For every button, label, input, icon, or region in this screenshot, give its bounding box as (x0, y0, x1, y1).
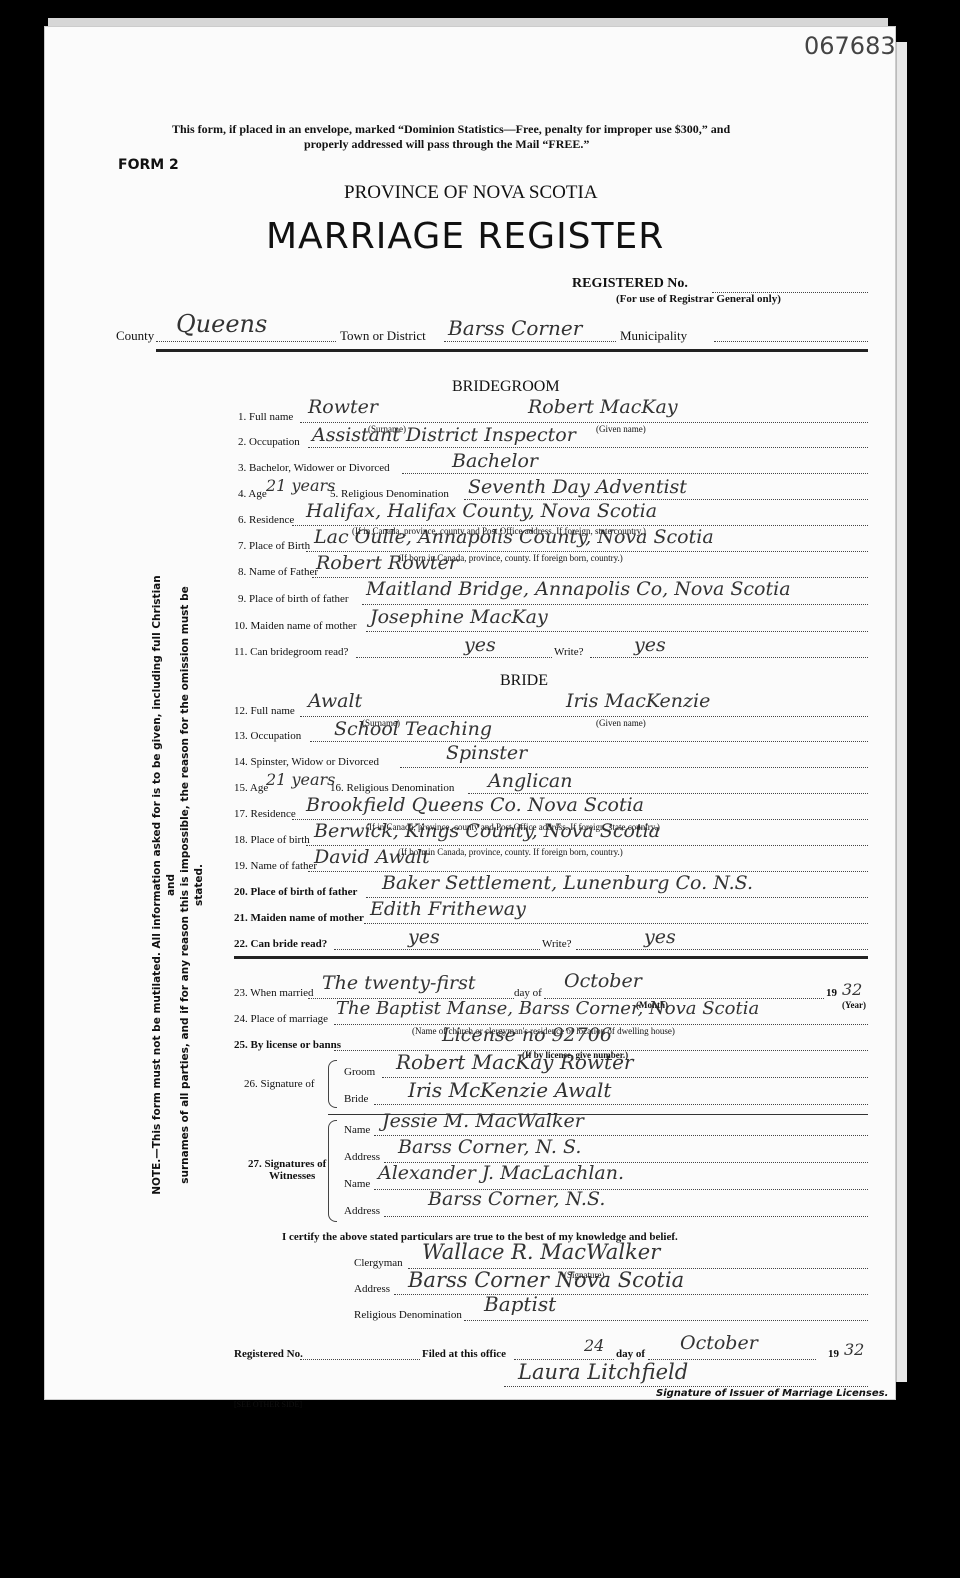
bride-write-label: Write? (542, 938, 571, 950)
groom-write-label: Write? (554, 646, 583, 658)
divider (156, 349, 868, 352)
line (308, 447, 868, 448)
county-label: County (116, 328, 154, 344)
paper-right-edge (896, 42, 907, 1382)
groom-full-name-label: 1. Full name (238, 411, 293, 423)
line (356, 657, 552, 658)
bride-can-read[interactable]: yes (408, 926, 440, 948)
bride-read-label: 22. Can bride read? (234, 938, 327, 950)
bride-father-birthplace[interactable]: Baker Settlement, Lunenburg Co. N.S. (382, 872, 753, 894)
clergy-address[interactable]: Barss Corner Nova Scotia (408, 1268, 684, 1292)
groom-birthplace-label: 7. Place of Birth (238, 540, 310, 552)
postal-notice-line1: This form, if placed in an envelope, mar… (172, 122, 730, 137)
witness-label: 27. Signatures of Witnesses (248, 1158, 326, 1182)
line (394, 1294, 868, 1295)
groom-birthplace[interactable]: Lac Oulle, Annapolis County, Nova Scotia (314, 526, 714, 548)
groom-signature[interactable]: Robert MacKay Rowter (396, 1050, 633, 1074)
bride-mother[interactable]: Edith Fritheway (370, 898, 526, 920)
line (362, 604, 868, 605)
groom-occupation-label: 2. Occupation (238, 436, 300, 448)
town-line (444, 341, 616, 342)
bride-residence-label: 17. Residence (234, 808, 296, 820)
year-caption: (Year) (842, 1000, 866, 1010)
see-other-side: [SEE OTHER SIDE] (234, 1400, 302, 1409)
groom-surname[interactable]: Rowter (308, 396, 378, 418)
bride-father-birthplace-label: 20. Place of birth of father (234, 886, 357, 898)
groom-can-read[interactable]: yes (464, 634, 496, 656)
witness1-address-label: Address (344, 1151, 380, 1163)
year-prefix: 19 (826, 987, 837, 999)
witness2-address[interactable]: Barss Corner, N.S. (428, 1188, 605, 1210)
filed-year-prefix: 19 (828, 1348, 839, 1360)
groom-can-write[interactable]: yes (634, 634, 666, 656)
registered-no-footer-label: Registered No. (234, 1348, 303, 1360)
bride-religion[interactable]: Anglican (488, 770, 572, 792)
groom-given-name[interactable]: Robert MacKay (528, 396, 678, 418)
bride-occupation-label: 13. Occupation (234, 730, 301, 742)
municipality-field[interactable] (714, 341, 868, 342)
place-label: 24. Place of marriage (234, 1013, 328, 1025)
bride-birthplace-label: 18. Place of birth (234, 834, 310, 846)
registered-no-footer-field[interactable] (300, 1359, 420, 1360)
signature-brace (328, 1060, 337, 1108)
registered-no-note: (For use of Registrar General only) (616, 293, 781, 305)
groom-residence[interactable]: Halifax, Halifax County, Nova Scotia (306, 500, 657, 522)
bride-can-write[interactable]: yes (644, 926, 676, 948)
witness-brace (328, 1120, 337, 1222)
bride-signature[interactable]: Iris McKenzie Awalt (408, 1078, 611, 1102)
line (366, 631, 868, 632)
bride-religion-label: 16. Religious Denomination (330, 782, 454, 794)
witness-label-line1: 27. Signatures of (248, 1158, 326, 1170)
filed-year[interactable]: 32 (844, 1340, 864, 1359)
archive-number: 067683 (804, 32, 896, 60)
bride-mother-label: 21. Maiden name of mother (234, 912, 364, 924)
clergyman-signature[interactable]: Wallace R. MacWalker (422, 1240, 660, 1264)
groom-read-label: 11. Can bridegroom read? (234, 646, 348, 658)
given-name-caption: (Given name) (596, 718, 646, 728)
clergy-denomination-label: Religious Denomination (354, 1309, 462, 1321)
witness1-address[interactable]: Barss Corner, N. S. (398, 1136, 581, 1158)
clergy-address-label: Address (354, 1283, 390, 1295)
groom-mother[interactable]: Josephine MacKay (370, 606, 548, 628)
bride-given-name[interactable]: Iris MacKenzie (566, 690, 710, 712)
filed-day[interactable]: 24 (584, 1336, 604, 1355)
line (464, 1320, 868, 1321)
town-label: Town or District (340, 328, 426, 344)
groom-status-label: 3. Bachelor, Widower or Divorced (238, 462, 390, 474)
bride-heading: BRIDE (500, 672, 548, 690)
signature-of-label: 26. Signature of (244, 1078, 315, 1090)
marriage-place[interactable]: The Baptist Manse, Barss Corner, Nova Sc… (336, 998, 759, 1019)
clergy-denomination[interactable]: Baptist (484, 1292, 556, 1316)
witness1-name-label: Name (344, 1124, 370, 1136)
line (400, 767, 868, 768)
bridegroom-heading: BRIDEGROOM (452, 378, 560, 396)
bride-status-label: 14. Spinster, Widow or Divorced (234, 756, 379, 768)
license-number[interactable]: License no 92706 (442, 1024, 612, 1046)
groom-age-label: 4. Age (238, 488, 267, 500)
groom-occupation[interactable]: Assistant District Inspector (312, 424, 576, 446)
married-month[interactable]: October (564, 970, 642, 992)
married-year[interactable]: 32 (842, 980, 862, 999)
line (364, 923, 868, 924)
groom-father-label: 8. Name of Father (238, 566, 318, 578)
line (402, 473, 868, 474)
groom-father-birthplace[interactable]: Maitland Bridge, Annapolis Co, Nova Scot… (366, 578, 791, 600)
witness2-address-label: Address (344, 1205, 380, 1217)
line (300, 716, 868, 717)
groom-religion-label: 5. Religious Denomination (330, 488, 449, 500)
line (374, 1104, 868, 1105)
when-married-label: 23. When married (234, 987, 314, 999)
county-line (156, 341, 336, 342)
bride-status[interactable]: Spinster (446, 742, 527, 764)
license-label: 25. By license or banns (234, 1039, 341, 1051)
side-note-line2: surnames of all parties, and if for any … (178, 575, 206, 1195)
bride-occupation[interactable]: School Teaching (334, 718, 492, 740)
bride-surname[interactable]: Awalt (308, 690, 362, 712)
issuer-caption: Signature of Issuer of Marriage Licenses… (656, 1388, 888, 1399)
line (590, 657, 868, 658)
line (334, 949, 540, 950)
bride-age[interactable]: 21 years (266, 770, 335, 789)
divider (234, 956, 868, 959)
married-day[interactable]: The twenty-first (322, 972, 476, 994)
clergyman-label: Clergyman (354, 1257, 403, 1269)
bride-age-label: 15. Age (234, 782, 268, 794)
municipality-label: Municipality (620, 328, 687, 344)
side-note-line1: NOTE.—This form must not be mutilated. A… (150, 575, 178, 1195)
given-name-caption: (Given name) (596, 424, 646, 434)
province-heading: PROVINCE OF NOVA SCOTIA (344, 182, 598, 204)
groom-religion[interactable]: Seventh Day Adventist (468, 476, 687, 498)
groom-father[interactable]: Robert Rowter (316, 552, 458, 574)
postal-notice-line2: properly addressed will pass through the… (304, 137, 589, 152)
bride-residence[interactable]: Brookfield Queens Co. Nova Scotia (306, 794, 644, 816)
witness-label-line2: Witnesses (248, 1170, 326, 1182)
groom-signature-label: Groom (344, 1066, 375, 1078)
bride-father-label: 19. Name of father (234, 860, 317, 872)
line (310, 741, 868, 742)
witness1-name[interactable]: Jessie M. MacWalker (382, 1110, 584, 1132)
page-title: MARRIAGE REGISTER (266, 216, 664, 257)
line (576, 949, 868, 950)
town-value[interactable]: Barss Corner (448, 316, 582, 340)
line (300, 422, 868, 423)
bride-full-name-label: 12. Full name (234, 705, 295, 717)
form-number: FORM 2 (118, 157, 179, 173)
bride-father[interactable]: David Awalt (314, 846, 430, 868)
filed-label: Filed at this office (422, 1348, 506, 1360)
witness2-name-label: Name (344, 1178, 370, 1190)
bride-signature-label: Bride (344, 1093, 368, 1105)
bride-birthplace[interactable]: Berwick, Kings County, Nova Scotia (314, 820, 660, 842)
witness2-name[interactable]: Alexander J. MacLachlan. (378, 1162, 624, 1184)
line (384, 1216, 868, 1217)
side-note: NOTE.—This form must not be mutilated. A… (150, 575, 206, 1195)
groom-residence-label: 6. Residence (238, 514, 294, 526)
issuer-signature[interactable]: Laura Litchfield (518, 1360, 688, 1384)
filed-day-of-label: day of (616, 1348, 645, 1360)
groom-mother-label: 10. Maiden name of mother (234, 620, 357, 632)
groom-father-birthplace-label: 9. Place of birth of father (238, 593, 349, 605)
registered-no-label: REGISTERED No. (572, 276, 688, 292)
birthplace-caption: (If born in Canada, province, county. If… (398, 847, 623, 857)
line (504, 1386, 868, 1387)
filed-month[interactable]: October (680, 1332, 758, 1354)
groom-status[interactable]: Bachelor (452, 450, 538, 472)
county-value[interactable]: Queens (176, 310, 267, 338)
groom-age[interactable]: 21 years (266, 476, 335, 495)
